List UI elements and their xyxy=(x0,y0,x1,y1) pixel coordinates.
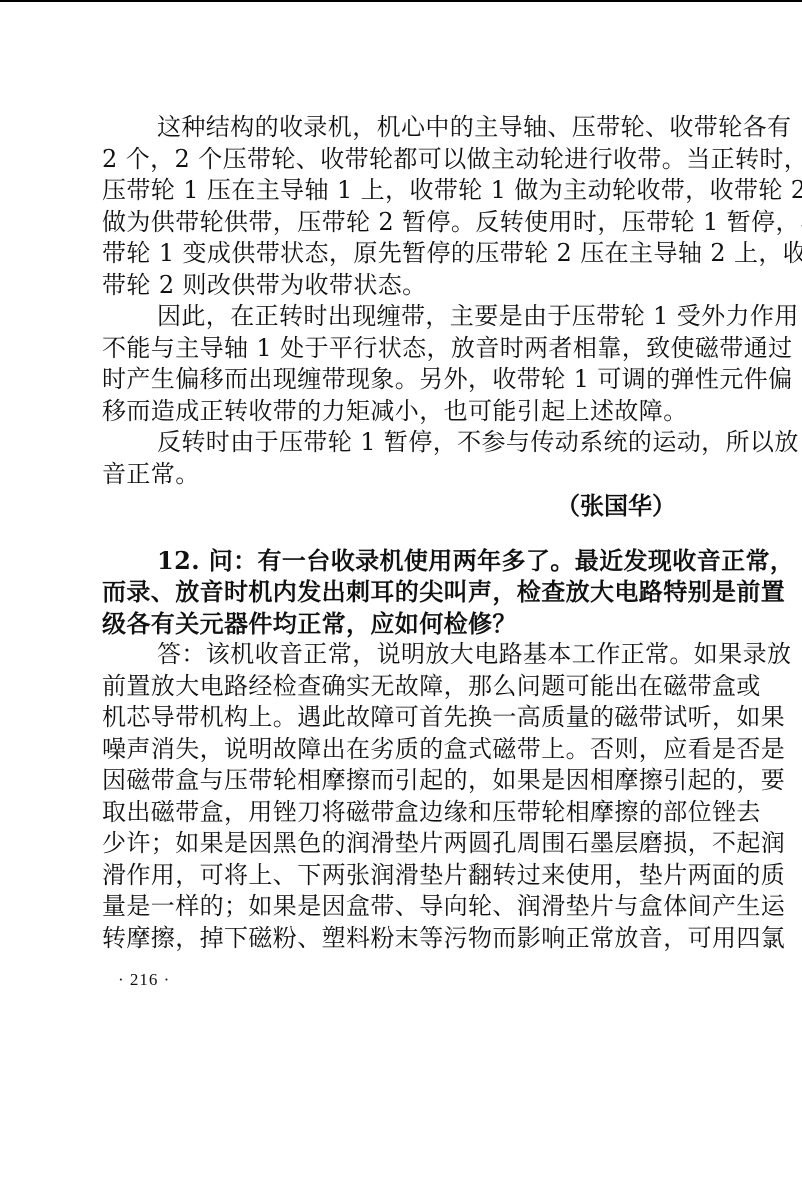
answer-line: 滑作用，可将上、下两张润滑垫片翻转过来使用，垫片两面的质 xyxy=(102,860,682,892)
section-gap xyxy=(102,522,682,545)
text-line: 反转时由于压带轮 1 暂停，不参与传动系统的运动，所以放 xyxy=(102,427,682,459)
answer-line: 答：该机收音正常，说明放大电路基本工作正常。如果录放 xyxy=(102,639,682,671)
text-line: 这种结构的收录机，机心中的主导轴、压带轮、收带轮各有 xyxy=(102,112,682,144)
answer-line: 转摩擦，掉下磁粉、塑料粉末等污物而影响正常放音，可用四氯 xyxy=(102,923,682,955)
book-page-body: 这种结构的收录机，机心中的主导轴、压带轮、收带轮各有 2 个，2 个压带轮、收带… xyxy=(102,112,682,954)
text-line: 时产生偏移而出现缠带现象。另外，收带轮 1 可调的弹性元件偏 xyxy=(102,364,682,396)
paragraph-cause-analysis: 因此，在正转时出现缠带，主要是由于压带轮 1 受外力作用 不能与主导轴 1 处于… xyxy=(102,301,682,427)
text-line: 移而造成正转收带的力矩减小，也可能引起上述故障。 xyxy=(102,396,682,428)
paragraph-structure-description: 这种结构的收录机，机心中的主导轴、压带轮、收带轮各有 2 个，2 个压带轮、收带… xyxy=(102,112,682,301)
answer-line: 机芯导带机构上。遇此故障可首先换一高质量的磁带试听，如果 xyxy=(102,702,682,734)
answer-12: 答：该机收音正常，说明放大电路基本工作正常。如果录放 前置放大电路经检查确实无故… xyxy=(102,639,682,954)
question-line: 12. 问：有一台收录机使用两年多了。最近发现收音正常， xyxy=(102,545,682,577)
page-number: · 216 · xyxy=(118,970,170,990)
author-signature: （张国华） xyxy=(102,490,682,522)
answer-line: 少许；如果是因黑色的润滑垫片两圆孔周围石墨层磨损，不起润 xyxy=(102,828,682,860)
question-line: 而录、放音时机内发出刺耳的尖叫声，检查放大电路特别是前置 xyxy=(102,576,682,608)
text-line: 做为供带轮供带，压带轮 2 暂停。反转使用时，压带轮 1 暂停，收 xyxy=(102,207,682,239)
text-line: 不能与主导轴 1 处于平行状态，放音时两者相靠，致使磁带通过 xyxy=(102,333,682,365)
question-line: 级各有关元器件均正常，应如何检修？ xyxy=(102,608,682,640)
answer-line: 因磁带盒与压带轮相摩擦而引起的，如果是因相摩擦引起的，要 xyxy=(102,765,682,797)
question-12: 12. 问：有一台收录机使用两年多了。最近发现收音正常， 而录、放音时机内发出刺… xyxy=(102,545,682,640)
text-line: 带轮 1 变成供带状态，原先暂停的压带轮 2 压在主导轴 2 上，收 xyxy=(102,238,682,270)
top-border-rule xyxy=(0,0,802,2)
text-line: 因此，在正转时出现缠带，主要是由于压带轮 1 受外力作用 xyxy=(102,301,682,333)
answer-line: 噪声消失，说明故障出在劣质的盒式磁带上。否则，应看是否是 xyxy=(102,734,682,766)
answer-line: 量是一样的；如果是因盒带、导向轮、润滑垫片与盒体间产生运 xyxy=(102,891,682,923)
text-line: 音正常。 xyxy=(102,459,682,491)
paragraph-reverse-normal: 反转时由于压带轮 1 暂停，不参与传动系统的运动，所以放 音正常。 xyxy=(102,427,682,490)
text-line: 2 个，2 个压带轮、收带轮都可以做主动轮进行收带。当正转时， xyxy=(102,144,682,176)
answer-line: 前置放大电路经检查确实无故障，那么问题可能出在磁带盒或 xyxy=(102,671,682,703)
text-line: 压带轮 1 压在主导轴 1 上，收带轮 1 做为主动轮收带，收带轮 2 xyxy=(102,175,682,207)
answer-line: 取出磁带盒，用锉刀将磁带盒边缘和压带轮相摩擦的部位锉去 xyxy=(102,797,682,829)
text-line: 带轮 2 则改供带为收带状态。 xyxy=(102,270,682,302)
